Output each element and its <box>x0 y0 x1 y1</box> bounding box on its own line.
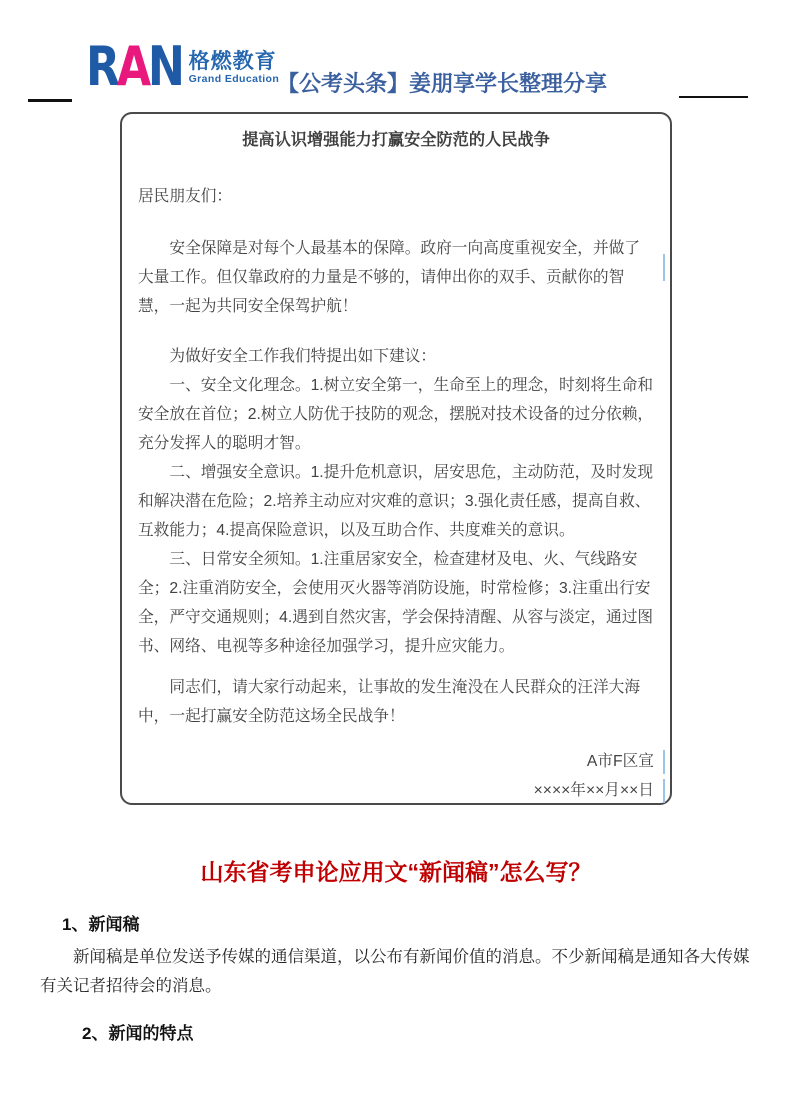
notice-paragraph: 同志们，请大家行动起来，让事故的发生淹没在人民群众的汪洋大海中，一起打赢安全防范… <box>138 673 654 731</box>
text-cursor-mark <box>663 254 665 281</box>
brand-name-cn: 格燃教育 <box>189 50 280 73</box>
article-section-2-heading: 2、新闻的特点 <box>40 1022 755 1046</box>
notice-paragraph: 为做好安全工作我们特提出如下建议： <box>138 342 654 371</box>
article-section-1-body: 新闻稿是单位发送予传媒的通信渠道，以公布有新闻价值的消息。不少新闻稿是通知各大传… <box>40 943 755 1000</box>
notice-signer: A市F区宣 <box>138 747 654 776</box>
notice-salutation: 居民朋友们： <box>138 182 654 211</box>
header-rule-left <box>28 99 72 102</box>
notice-paragraph: 三、日常安全须知。1.注重居家安全，检查建材及电、火、气线路安全；2.注重消防安… <box>138 545 654 661</box>
notice-signature-block: A市F区宣 ××××年××月××日 <box>138 747 654 805</box>
notice-paragraph: 安全保障是对每个人最基本的保障。政府一向高度重视安全，并做了大量工作。但仅靠政府… <box>138 234 654 321</box>
logo-letter-a: A <box>117 35 148 98</box>
logo-letter-n: N <box>148 35 182 98</box>
notice-box: 提高认识增强能力打赢安全防范的人民战争 居民朋友们： 安全保障是对每个人最基本的… <box>120 112 672 805</box>
article-body: 1、新闻稿 新闻稿是单位发送予传媒的通信渠道，以公布有新闻价值的消息。不少新闻稿… <box>40 910 755 1046</box>
notice-signer-text: A市F区宣 <box>587 753 654 770</box>
notice-paragraph: 二、增强安全意识。1.提升危机意识，居安思危，主动防范，及时发现和解决潜在危险；… <box>138 458 654 545</box>
article-title: 山东省考申论应用文“新闻稿”怎么写？ <box>0 856 792 888</box>
header-tagline: 【公考头条】姜朋享学长整理分享 <box>277 70 677 98</box>
brand-name-en: Grand Education <box>189 73 280 86</box>
text-cursor-mark <box>663 750 665 774</box>
text-cursor-mark <box>663 779 665 803</box>
brand-logo: RAN 格燃教育 Grand Education <box>86 40 279 94</box>
logo-letter-r: R <box>86 35 117 98</box>
brand-logo-text: 格燃教育 Grand Education <box>189 40 280 86</box>
header-rule-right <box>679 96 748 98</box>
article-section-1-heading: 1、新闻稿 <box>40 913 755 937</box>
notice-date-text: ××××年××月××日 <box>534 782 654 799</box>
notice-date: ××××年××月××日 <box>138 776 654 805</box>
brand-logo-ran: RAN <box>86 40 182 94</box>
notice-paragraph-text: 安全保障是对每个人最基本的保障。政府一向高度重视安全，并做了大量工作。但仅靠政府… <box>138 240 640 315</box>
notice-paragraph: 一、安全文化理念。1.树立安全第一，生命至上的理念，时刻将生命和安全放在首位；2… <box>138 371 654 458</box>
notice-title: 提高认识增强能力打赢安全防范的人民战争 <box>138 128 654 152</box>
